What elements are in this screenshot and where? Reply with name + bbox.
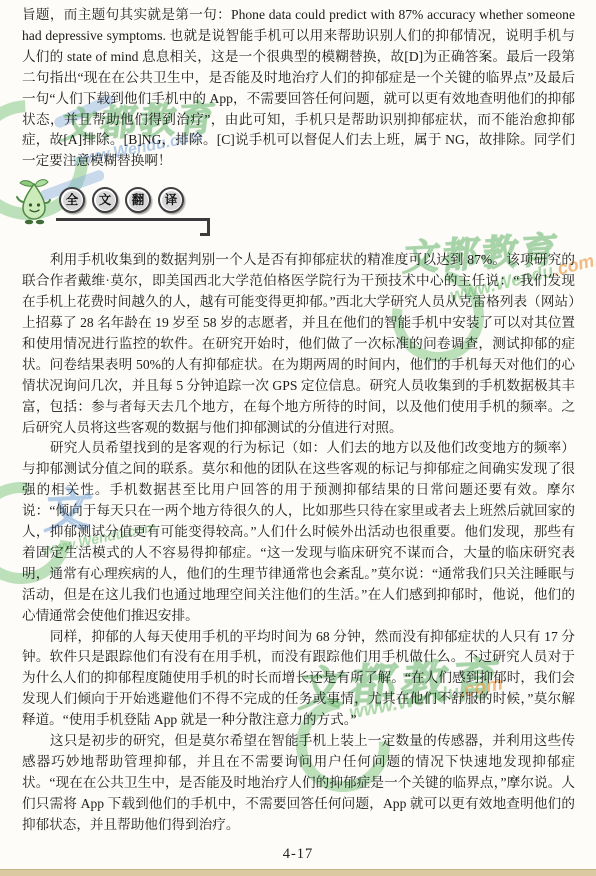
page-number: 4-17 (0, 846, 596, 863)
answer-analysis-paragraph: 旨题，而主题句其实就是第一句：Phone data could predict … (22, 5, 575, 172)
book-page: 文都教育 www.Wendu.com 文都教育 www.Wendu.com 文 … (0, 0, 596, 876)
translation-paragraph: 利用手机收集到的数据判别一个人是否有抑郁症状的精准度可以达到 87%。该项研究的… (22, 250, 575, 438)
badge-underline: 全 文 翻 译 (56, 187, 210, 221)
badge-underline-hook-foot (200, 233, 210, 236)
translation-badge: 全 文 翻 译 (14, 177, 575, 225)
badge-char-circle: 全 (59, 187, 85, 213)
page-content: 旨题，而主题句其实就是第一句：Phone data could predict … (22, 5, 575, 836)
bottom-edge-strip (0, 869, 596, 876)
translation-paragraph: 这只是初步的研究，但是莫尔希望在智能手机上装上一定数量的传感器，并利用这些传感器… (22, 731, 575, 836)
sprout-mascot-icon (14, 177, 54, 225)
badge-char-circle: 文 (92, 187, 118, 213)
translation-paragraph: 同样，抑郁的人每天使用手机的平均时间为 68 分钟，然而没有抑郁症状的人只有 1… (22, 627, 575, 732)
translation-paragraph: 研究人员希望找到的是客观的行为标记（如：人们去的地方以及他们改变地方的频率）与抑… (22, 438, 575, 626)
badge-char-circle: 译 (158, 187, 184, 213)
badge-char-circle: 翻 (125, 187, 151, 213)
